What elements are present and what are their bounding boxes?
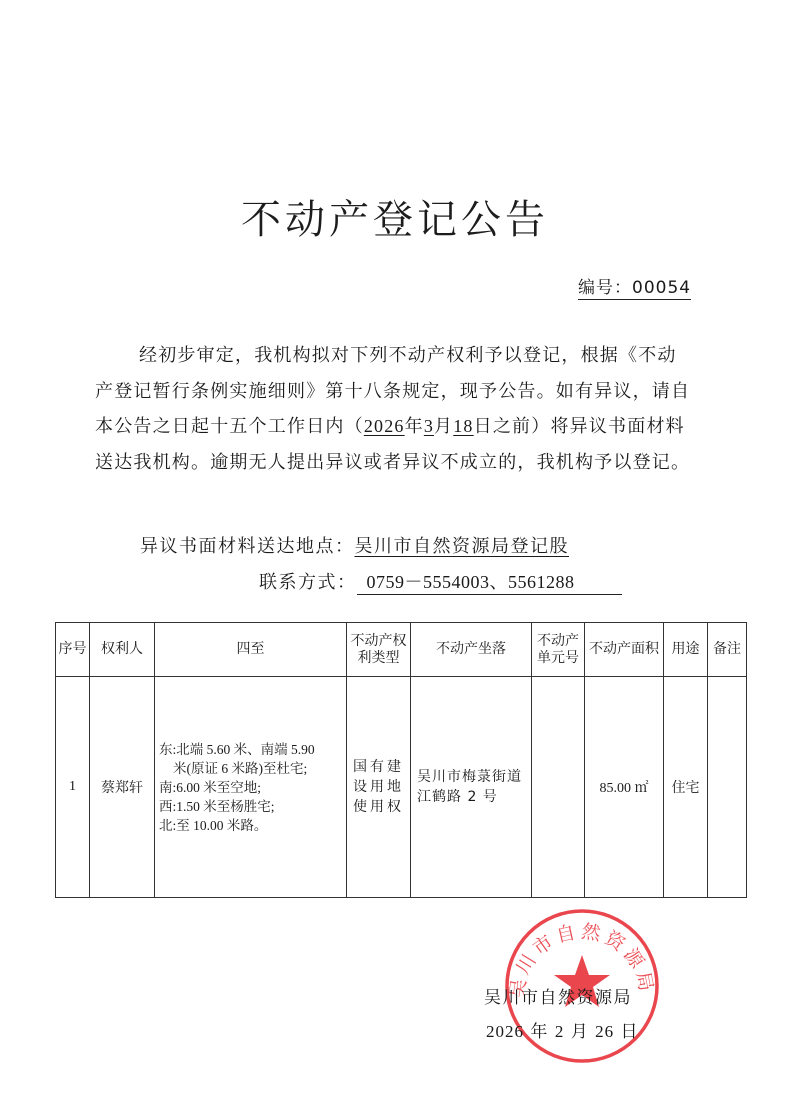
contact-label: 联系方式：: [259, 572, 357, 593]
deadline-year: 2026: [364, 416, 405, 436]
contact-value: 0759－5554003、5561288: [357, 568, 622, 595]
cell-location: 吴川市梅菉街道 江鹤路 2 号: [411, 677, 532, 898]
month-label: 月: [434, 416, 453, 437]
deadline-day: 18: [453, 416, 473, 436]
issue-month: 2: [555, 1022, 565, 1041]
cell-index: 1: [56, 677, 90, 898]
objection-address-label: 异议书面材料送达地点：: [140, 536, 355, 557]
issuer-name: 吴川市自然资源局: [484, 983, 632, 1008]
header-remark: 备注: [708, 623, 747, 677]
issue-year-label: 年: [530, 1022, 548, 1042]
cell-boundaries: 东:北端 5.60 米、南端 5.90 米(原证 6 米路)至杜宅; 南:6.0…: [155, 677, 347, 898]
issue-date: 2026 年 2 月 26 日: [486, 1017, 639, 1042]
deadline-month: 3: [424, 416, 434, 436]
year-label: 年: [405, 416, 424, 437]
objection-address-value: 吴川市自然资源局登记股: [355, 536, 570, 557]
cell-unit-no: [532, 677, 585, 898]
table-header-row: 序号 权利人 四至 不动产权 利类型 不动产坐落 不动产 单元号 不动产面积 用…: [56, 623, 747, 677]
issue-day-label: 日: [621, 1022, 639, 1042]
header-usage: 用途: [664, 623, 708, 677]
table-row: 1 蔡郑轩 东:北端 5.60 米、南端 5.90 米(原证 6 米路)至杜宅;…: [56, 677, 747, 898]
cell-right-type: 国有建 设用地 使用权: [347, 677, 411, 898]
notice-body: 经初步审定，我机构拟对下列不动产权利予以登记，根据《不动产登记暂行条例实施细则》…: [95, 338, 695, 480]
header-boundaries: 四至: [155, 623, 347, 677]
cell-holder: 蔡郑轩: [90, 677, 155, 898]
header-area: 不动产面积: [585, 623, 664, 677]
issue-year: 2026: [486, 1022, 524, 1041]
contact-info: 联系方式：0759－5554003、5561288: [259, 568, 622, 595]
document-number: 编号：00054: [578, 273, 691, 300]
registration-table: 序号 权利人 四至 不动产权 利类型 不动产坐落 不动产 单元号 不动产面积 用…: [55, 622, 747, 898]
issue-month-label: 月: [571, 1022, 589, 1042]
header-index: 序号: [56, 623, 90, 677]
cell-area: 85.00 ㎡: [585, 677, 664, 898]
header-holder: 权利人: [90, 623, 155, 677]
objection-address: 异议书面材料送达地点：吴川市自然资源局登记股: [140, 532, 569, 558]
header-right-type: 不动产权 利类型: [347, 623, 411, 677]
header-unit-no: 不动产 单元号: [532, 623, 585, 677]
issue-day: 26: [595, 1022, 614, 1041]
cell-usage: 住宅: [664, 677, 708, 898]
page-title: 不动产登记公告: [0, 188, 790, 245]
header-location: 不动产坐落: [411, 623, 532, 677]
cell-remark: [708, 677, 747, 898]
